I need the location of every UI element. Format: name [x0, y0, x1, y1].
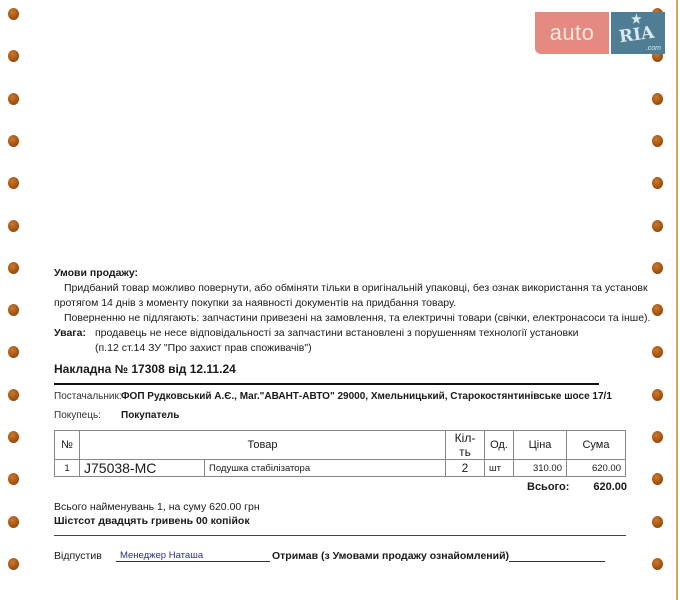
perforation-hole: [8, 177, 19, 189]
perforation-hole: [652, 220, 663, 232]
terms-line-2: протягом 14 днів з моменту покупки за на…: [54, 296, 654, 311]
perforation-hole: [8, 558, 19, 570]
perforation-hole: [8, 389, 19, 401]
perforation-hole: [8, 135, 19, 147]
perforation-hole: [8, 262, 19, 274]
perforation-hole: [8, 516, 19, 528]
logo-ria-text: RIA: [618, 23, 656, 48]
perforation-hole: [8, 50, 19, 62]
summary-line: Всього найменувань 1, на суму 620.00 грн: [54, 500, 260, 514]
buyer-label: Покупець:: [54, 410, 121, 421]
perforation-hole: [8, 431, 19, 443]
terms-line-1: Придбаний товар можливо повернути, або о…: [54, 281, 654, 296]
supplier-row: Постачальник: ФОП Рудковський А.Є., Маг.…: [54, 391, 612, 402]
received-label: Отримав (з Умовами продажу ознайомлений): [272, 550, 509, 562]
received-signature-line: [509, 561, 605, 562]
supplier-value: ФОП Рудковський А.Є., Маг."АВАНТ-АВТО" 2…: [121, 391, 612, 402]
supplier-label: Постачальник:: [54, 391, 121, 402]
cell-code: J75038-MC: [80, 460, 205, 477]
header-unit: Од.: [485, 431, 514, 460]
logo-auto: auto: [535, 12, 609, 54]
signature-row: Відпустив Менеджер Наташа Отримав (з Умо…: [54, 550, 605, 562]
terms-line-3: Поверненню не підлягають: запчастини при…: [54, 311, 654, 326]
terms-warning: Увага: продавець не несе відповідальност…: [54, 326, 654, 341]
perforation-hole: [8, 220, 19, 232]
header-no: №: [55, 431, 80, 460]
cell-unit: шт: [485, 460, 514, 477]
perforation-hole: [8, 473, 19, 485]
header-qty: Кіл-ть: [446, 431, 485, 460]
paper-edge: [676, 0, 678, 600]
header-price: Ціна: [514, 431, 567, 460]
perforation-hole: [8, 93, 19, 105]
warning-label: Увага:: [54, 326, 95, 341]
buyer-value: Покупатель: [121, 410, 179, 421]
buyer-row: Покупець: Покупатель: [54, 410, 179, 421]
sale-terms: Умови продажу: Придбаний товар можливо п…: [54, 266, 654, 356]
items-table: № Товар Кіл-ть Од. Ціна Сума 1 J75038-MC…: [54, 430, 626, 477]
cell-sum: 620.00: [567, 460, 626, 477]
perforation-hole: [652, 431, 663, 443]
cell-name: Подушка стабілізатора: [205, 460, 446, 477]
warning-line-2: (п.12 ст.14 ЗУ "Про захист прав споживач…: [54, 341, 654, 356]
logo-ria-suffix: .com: [646, 45, 661, 52]
logo-ria: ★ RIA .com: [611, 12, 665, 54]
perforation-hole: [652, 177, 663, 189]
released-by: Менеджер Наташа: [116, 550, 270, 562]
perforation-hole: [652, 135, 663, 147]
total-row: Всього: 620.00: [527, 481, 627, 493]
warning-line-1: продавець не несе відповідальності за за…: [95, 326, 578, 341]
table-header-row: № Товар Кіл-ть Од. Ціна Сума: [55, 431, 626, 460]
released-label: Відпустив: [54, 550, 116, 562]
invoice-title: Накладна № 17308 від 12.11.24: [54, 362, 236, 376]
perforation-hole: [652, 389, 663, 401]
perforation-hole: [8, 8, 19, 20]
header-item: Товар: [80, 431, 446, 460]
summary: Всього найменувань 1, на суму 620.00 грн…: [54, 500, 260, 528]
divider: [54, 535, 626, 536]
perforation-hole: [652, 516, 663, 528]
perforation-hole: [652, 93, 663, 105]
perforation-hole: [652, 473, 663, 485]
perforation-hole: [652, 558, 663, 570]
table-row: 1 J75038-MC Подушка стабілізатора 2 шт 3…: [55, 460, 626, 477]
header-sum: Сума: [567, 431, 626, 460]
amount-in-words: Шістсот двадцять гривень 00 копійок: [54, 514, 260, 528]
autoria-logo: auto ★ RIA .com: [535, 12, 665, 54]
total-label: Всього:: [527, 481, 569, 493]
perforation-hole: [8, 346, 19, 358]
cell-no: 1: [55, 460, 80, 477]
cell-price: 310.00: [514, 460, 567, 477]
terms-title: Умови продажу:: [54, 266, 654, 281]
divider: [54, 383, 599, 385]
total-value: 620.00: [593, 481, 627, 493]
cell-qty: 2: [446, 460, 485, 477]
perforation-hole: [8, 304, 19, 316]
